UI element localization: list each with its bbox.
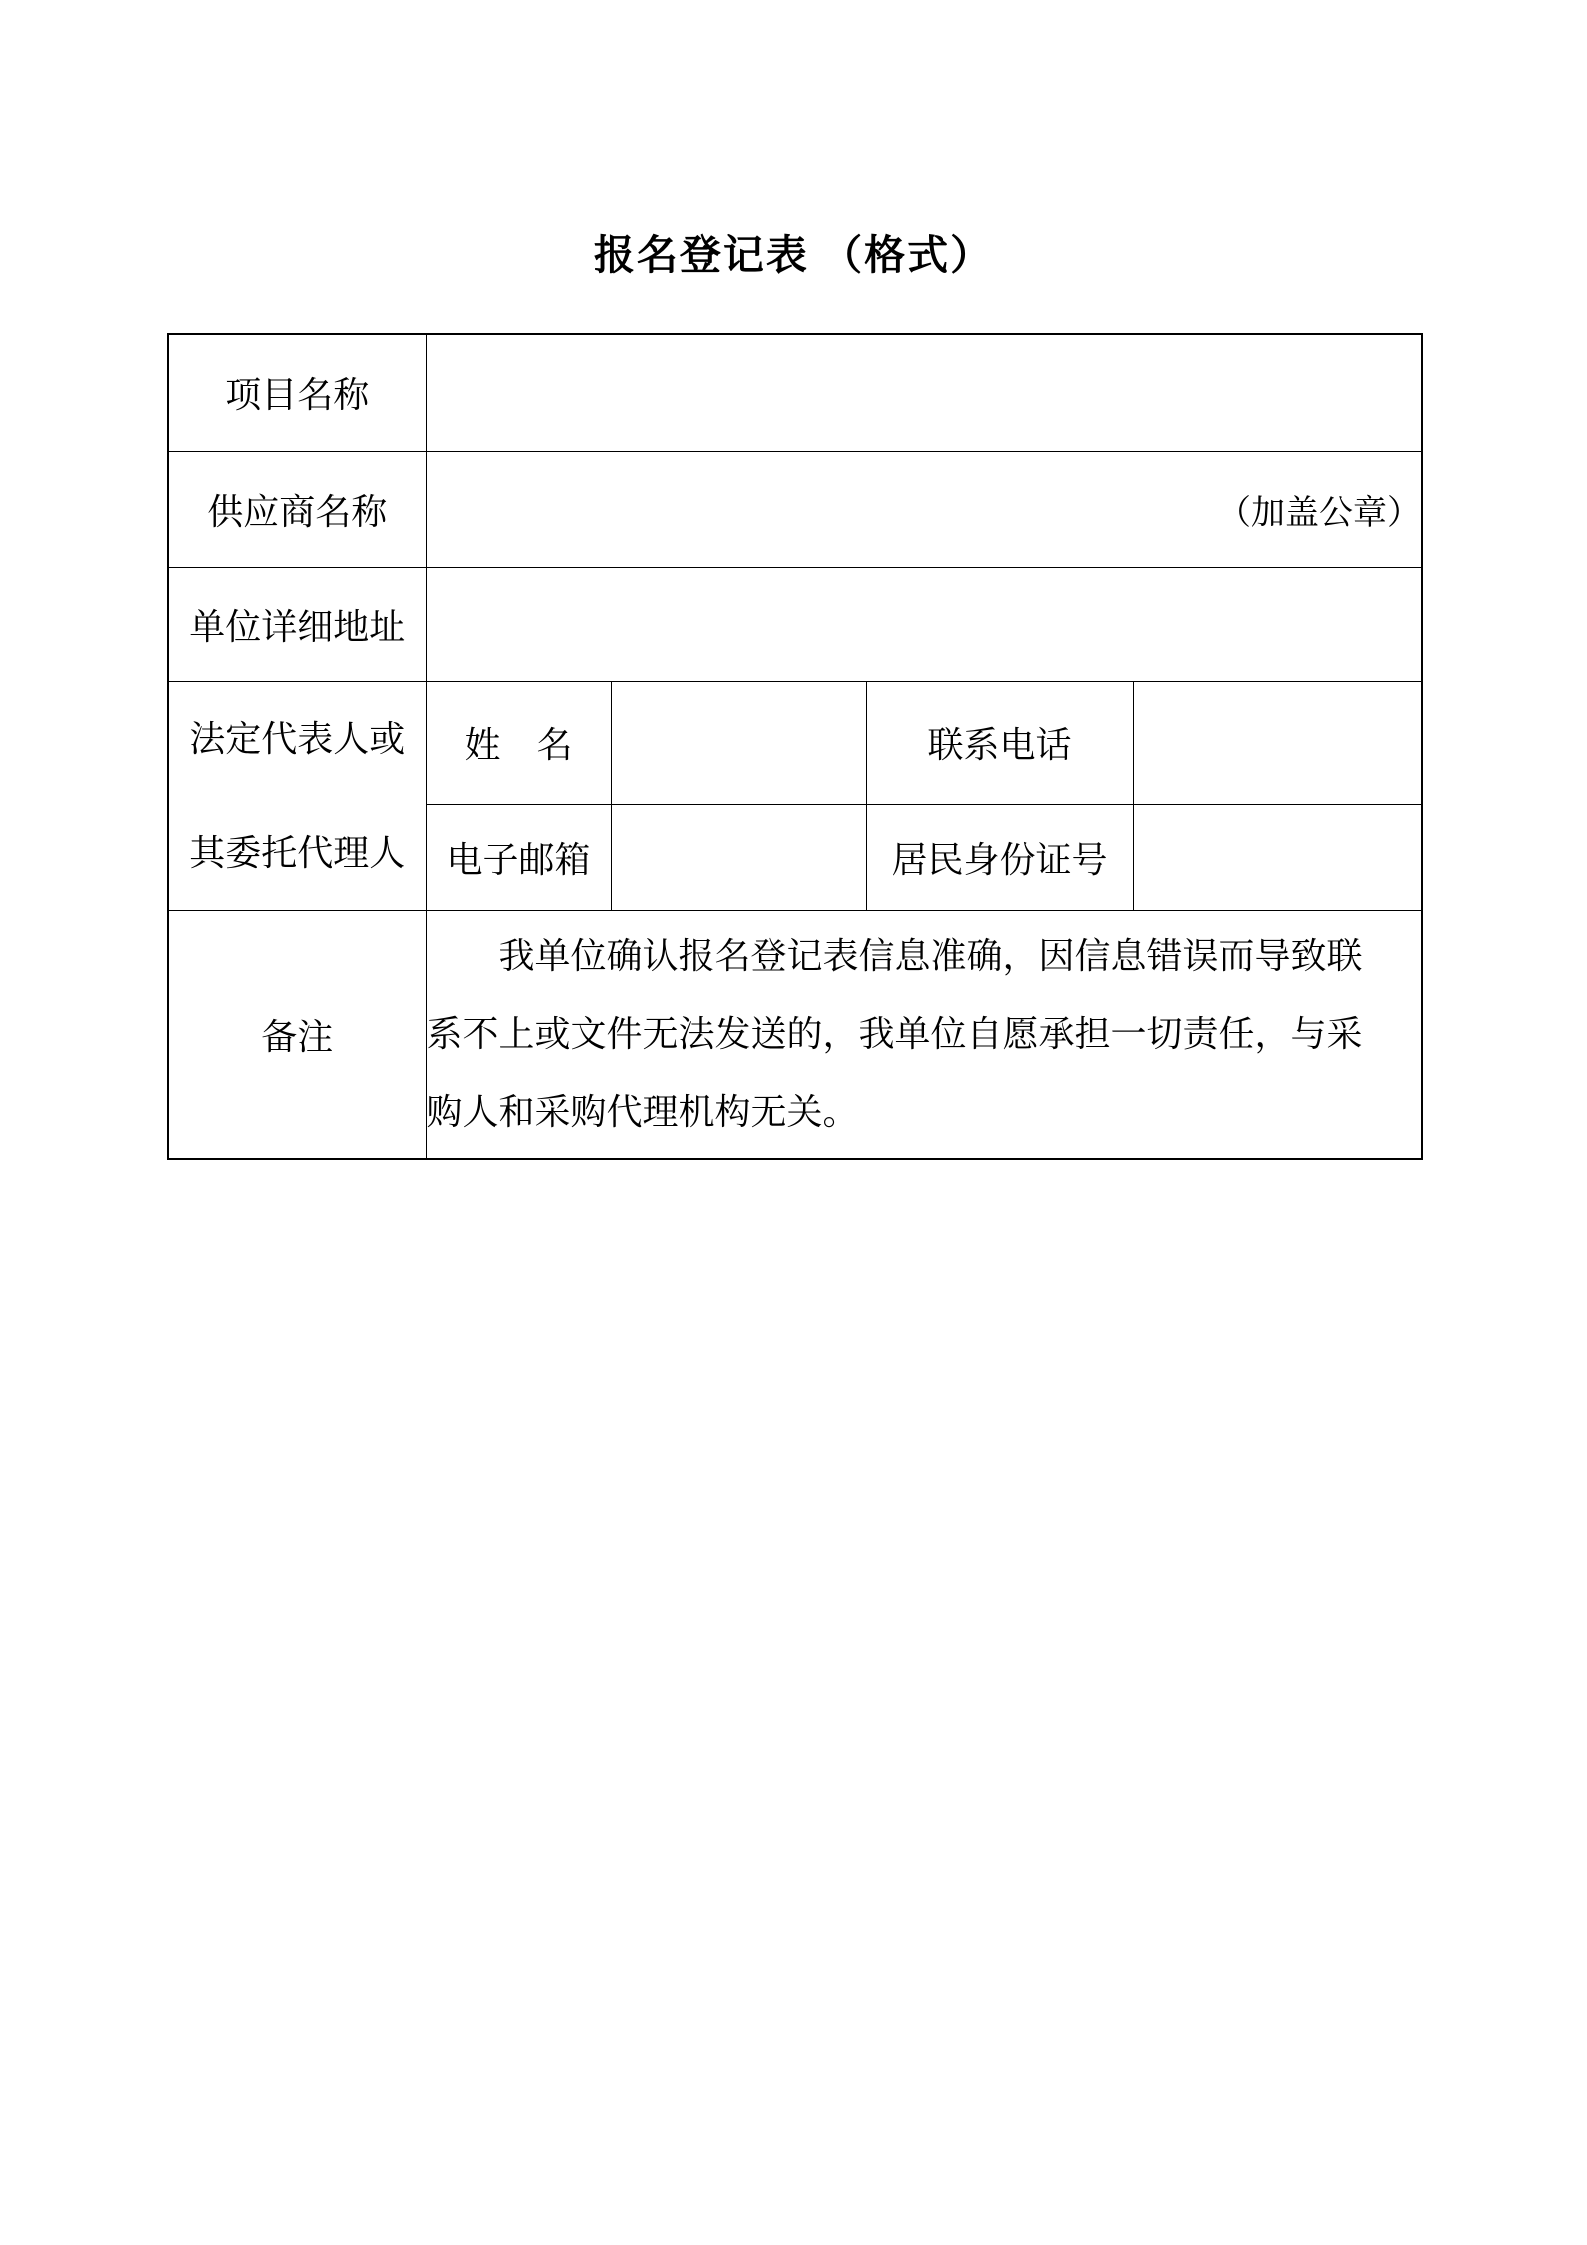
remark-text: 我单位确认报名登记表信息准确，因信息错误而导致联 系不上或文件无法发送的，我单位… bbox=[426, 910, 1422, 1159]
document-page: 报名登记表 （格式） 项目名称 供应商名称 （加盖公章） 单位详细地址 法定代表… bbox=[0, 0, 1587, 2245]
supplier-name-row: 供应商名称 （加盖公章） bbox=[168, 451, 1422, 567]
representative-label: 法定代表人或 其委托代理人 bbox=[168, 681, 426, 910]
remark-label: 备注 bbox=[168, 910, 426, 1159]
supplier-name-value-cell[interactable]: （加盖公章） bbox=[426, 451, 1422, 567]
page-title: 报名登记表 （格式） bbox=[0, 226, 1587, 284]
project-name-row: 项目名称 bbox=[168, 334, 1422, 451]
address-label: 单位详细地址 bbox=[168, 567, 426, 681]
seal-note: （加盖公章） bbox=[1217, 495, 1421, 532]
name-value-cell[interactable] bbox=[611, 681, 866, 804]
name-label: 姓 名 bbox=[426, 681, 611, 804]
representative-label-line-1: 法定代表人或 bbox=[169, 682, 426, 796]
remark-line-3: 购人和采购代理机构无关。 bbox=[427, 1073, 1422, 1151]
id-number-label: 居民身份证号 bbox=[866, 804, 1133, 910]
phone-label: 联系电话 bbox=[866, 681, 1133, 804]
registration-form-table: 项目名称 供应商名称 （加盖公章） 单位详细地址 法定代表人或 其委托代理人 姓… bbox=[167, 333, 1423, 1160]
representative-label-line-2: 其委托代理人 bbox=[169, 796, 426, 910]
remark-row: 备注 我单位确认报名登记表信息准确，因信息错误而导致联 系不上或文件无法发送的，… bbox=[168, 910, 1422, 1159]
remark-line-2: 系不上或文件无法发送的，我单位自愿承担一切责任，与采 bbox=[427, 995, 1422, 1073]
remark-line-1: 我单位确认报名登记表信息准确，因信息错误而导致联 bbox=[427, 917, 1422, 995]
supplier-name-label: 供应商名称 bbox=[168, 451, 426, 567]
id-number-value-cell[interactable] bbox=[1133, 804, 1422, 910]
email-value-cell[interactable] bbox=[611, 804, 866, 910]
phone-value-cell[interactable] bbox=[1133, 681, 1422, 804]
project-name-value-cell[interactable] bbox=[426, 334, 1422, 451]
project-name-label: 项目名称 bbox=[168, 334, 426, 451]
representative-row-1: 法定代表人或 其委托代理人 姓 名 联系电话 bbox=[168, 681, 1422, 804]
address-row: 单位详细地址 bbox=[168, 567, 1422, 681]
email-label: 电子邮箱 bbox=[426, 804, 611, 910]
address-value-cell[interactable] bbox=[426, 567, 1422, 681]
